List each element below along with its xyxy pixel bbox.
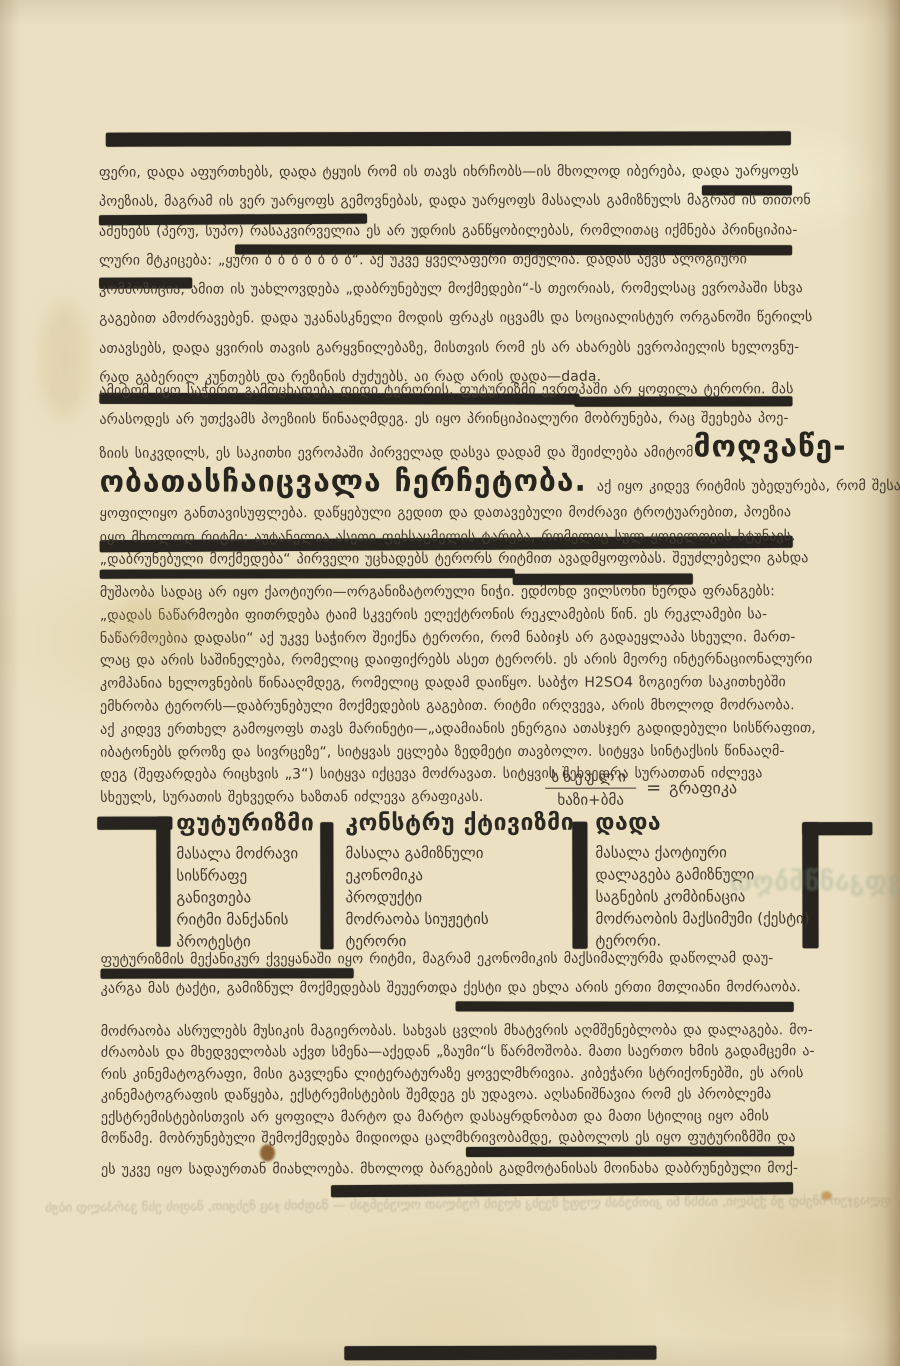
column-item: განივთება: [176, 886, 314, 908]
column-item: პროდუქტი: [345, 886, 574, 908]
body-line: აქ იყო კიდევ რიტმის უბედურება, რომ შესაძ…: [597, 478, 900, 495]
rule-bar: [101, 968, 354, 979]
formula-fraction: სხეული ხაზი+ბმა: [545, 768, 636, 809]
column-futurism: ფუტურიზმი მასალა მოძრავი სისწრაფე განივთ…: [176, 810, 314, 952]
paragraph: მოძრაობა ასრულებს მუსიკის მაგიერობას. სა…: [101, 1020, 794, 1150]
paragraph: ფერი, დადა აფურთხებს, დადა ტყუის რომ ის …: [99, 157, 792, 393]
column-heading: დადა: [595, 809, 809, 835]
paragraph: ფუტურიზმის მექანიკურ ქვეყანაში იყო რიტმი…: [101, 950, 794, 967]
graphics-formula: სხეული ხაზი+ბმა = გრაფიკა: [545, 767, 737, 808]
body-line: პოეზიას, მაგრამ ის ვერ უარყოფს გემოვნება…: [99, 187, 792, 218]
formula-equals: =: [646, 778, 661, 799]
body-line: იყო მხოლოდ რიტმი; აუტანელია ასეთი ფეხსაც…: [100, 525, 793, 550]
showthrough-margin-text: ვდკამშნბღთ: [792, 867, 900, 897]
body-line: ლური მტკიცება: „ყური ბ ბ ბ ბ ბ ბ ბ“. აქ …: [99, 245, 792, 276]
body-line: ზიის სიკვდილს, ეს საკითხი ევროპაში პირვე…: [100, 444, 694, 461]
column-constructivism: კონსტრუ ქტივიზმი მასალა გამიზნული ეკონომ…: [345, 810, 574, 952]
bracket-left-vertical: [156, 817, 170, 947]
column-item: ეკონომიკა: [345, 864, 574, 886]
column-item: პროტესტი: [177, 930, 315, 952]
rule-bar: [456, 1001, 794, 1011]
column-item: რიტმი მანქანის: [176, 908, 314, 930]
body-line: ფერი, დადა აფურთხებს, დადა ტყუის რომ ის …: [99, 157, 792, 188]
showthrough-text: ფლავჯუთ იმესდ ჟბ ქესლი, იახსმ ნი კითხუბა…: [101, 1193, 891, 1215]
body-line: მოძრაობა ასრულებს მუსიკის მაგიერობას. სა…: [101, 1020, 794, 1043]
rule-bar: [466, 1146, 794, 1157]
formula-numerator: სხეული: [545, 768, 636, 788]
body-line: ფუტურიზმის მექანიკურ ქვეყანაში იყო რიტმი…: [101, 950, 794, 967]
body-line: კომპანია ხელოვნების წინააღმდეგ, რომელიც …: [100, 671, 793, 695]
paragraph: კარგა მას ტაქტი, გამიზნულ მოქმედებას შეუ…: [101, 979, 794, 996]
paragraph: ყოფილიყო განთავისუფლება. დაწყებული გედით…: [100, 501, 793, 549]
column-item: მასალა მოძრავი: [176, 842, 314, 864]
heading-lead-line: ზიის სიკვდილს, ეს საკითხი ევროპაში პირვე…: [99, 429, 792, 465]
rule-bar-bottom: [344, 1346, 656, 1361]
display-heading: ობათასჩაიცვალა ჩერჩეტობა.: [100, 464, 587, 500]
paragraph: „დაბრუნებული მოქმედება“ პირველი უცხადებს…: [100, 550, 793, 567]
body-line: „დაბრუნებული მოქმედება“ პირველი უცხადებს…: [100, 550, 793, 567]
body-line: ათავსებს, დადა ყვირის თავის გარყვნილებაზ…: [99, 333, 792, 364]
formula-denominator: ხაზი+ბმა: [545, 788, 636, 809]
body-line: ამიტომ იყო საჭირო გამოცხადება დიდი ტერორ…: [99, 375, 792, 405]
bracket-right-horizontal: [802, 822, 872, 835]
rule-bar-top: [106, 131, 791, 146]
page-content: ფერი, დადა აფურთხებს, დადა ტყუის რომ ის …: [0, 0, 900, 1366]
body-line: ლაც და არის საშინელება, რომელიც დაიფიქრე…: [100, 649, 793, 673]
body-line: აშენებს (პერუ, სუპო) რასაკვირველია ეს არ…: [99, 216, 792, 247]
paragraph: ამიტომ იყო საჭირო გამოცხადება დიდი ტერორ…: [99, 375, 792, 434]
body-line: ეს უკვე იყო სადაურთან მიახლოება. მხოლოდ …: [101, 1160, 794, 1177]
column-item: მასალა გამიზნული: [345, 842, 574, 864]
column-heading: კონსტრუ ქტივიზმი: [345, 810, 574, 836]
body-line: კინემატოგრაფის დაწყება, ექსტრემისტების შ…: [101, 1084, 794, 1107]
column-item: მოძრაობა სიუჟეტის: [345, 908, 574, 930]
column-divider-bar: [572, 822, 587, 949]
body-line: ყოფილიყო განთავისუფლება. დაწყებული გედით…: [100, 501, 793, 526]
column-item: მასალა ქაოტიური: [595, 841, 809, 863]
column-item: სისწრაფე: [176, 864, 314, 886]
heading-line: ობათასჩაიცვალა ჩერჩეტობა. აქ იყო კიდევ რ…: [100, 463, 793, 499]
column-items: მასალა გამიზნული ეკონომიკა პროდუქტი მოძრ…: [345, 842, 574, 952]
column-divider-bar: [320, 822, 333, 949]
body-line: კარგა მას ტაქტი, გამიზნულ მოქმედებას შეუ…: [101, 979, 794, 996]
column-items: მასალა მოძრავი სისწრაფე განივთება რიტმი …: [176, 842, 314, 952]
body-line: ექსტრემისტებისთვის არ ყოფილა მარტო და მა…: [101, 1106, 794, 1129]
body-line: „დადას ნაწარმოები ფითრდება ტაიმ სკვერის …: [100, 603, 793, 627]
body-line: ძრაობას და მხედველობას აქვთ სმენა—აქედან…: [101, 1042, 794, 1065]
paragraph: ეს უკვე იყო სადაურთან მიახლოება. მხოლოდ …: [101, 1160, 794, 1177]
body-line: მუშაობა სადაც არ იყო ქაოტიური—ორგანიზატო…: [100, 580, 793, 604]
body-line: კომპოზიცია, ამით ის უახლოვდება „დაბრუნებ…: [99, 274, 792, 305]
scanned-magazine-page: ფერი, დადა აფურთხებს, დადა ტყუის რომ ის …: [0, 0, 900, 1366]
display-heading-start: მოღვაწე-: [693, 429, 846, 464]
body-line: აქ კიდევ ერთხელ გამოყოფს თავს მარინეტი—„…: [100, 717, 793, 741]
body-line: გაგებით ამოძრავებენ. დადა უკანასკნელი მო…: [99, 304, 792, 335]
formula-result: გრაფიკა: [669, 778, 737, 797]
paper-stain: [39, 301, 89, 421]
body-line: რის კინემატოგრაფი, მისი გავლენა ლიტერატუ…: [101, 1063, 794, 1086]
column-item: ტერორი: [346, 930, 575, 952]
column-item: ტერორი.: [596, 929, 810, 951]
body-line: ემხრობა ტერორს—დაბრუნებული მოქმედების გა…: [100, 694, 793, 718]
column-heading: ფუტურიზმი: [176, 810, 314, 836]
body-line: ნაწარმოებია დადასი“ აქ უკვე საჭირო შეიქნ…: [100, 626, 793, 650]
column-item: მოძრაობის მაქსიმუმი (ქესტი): [595, 907, 809, 929]
rule-bar: [100, 569, 515, 579]
body-line: იბატონებს დროზე და სივრცეზე“, სიტყვას ეც…: [100, 740, 793, 764]
